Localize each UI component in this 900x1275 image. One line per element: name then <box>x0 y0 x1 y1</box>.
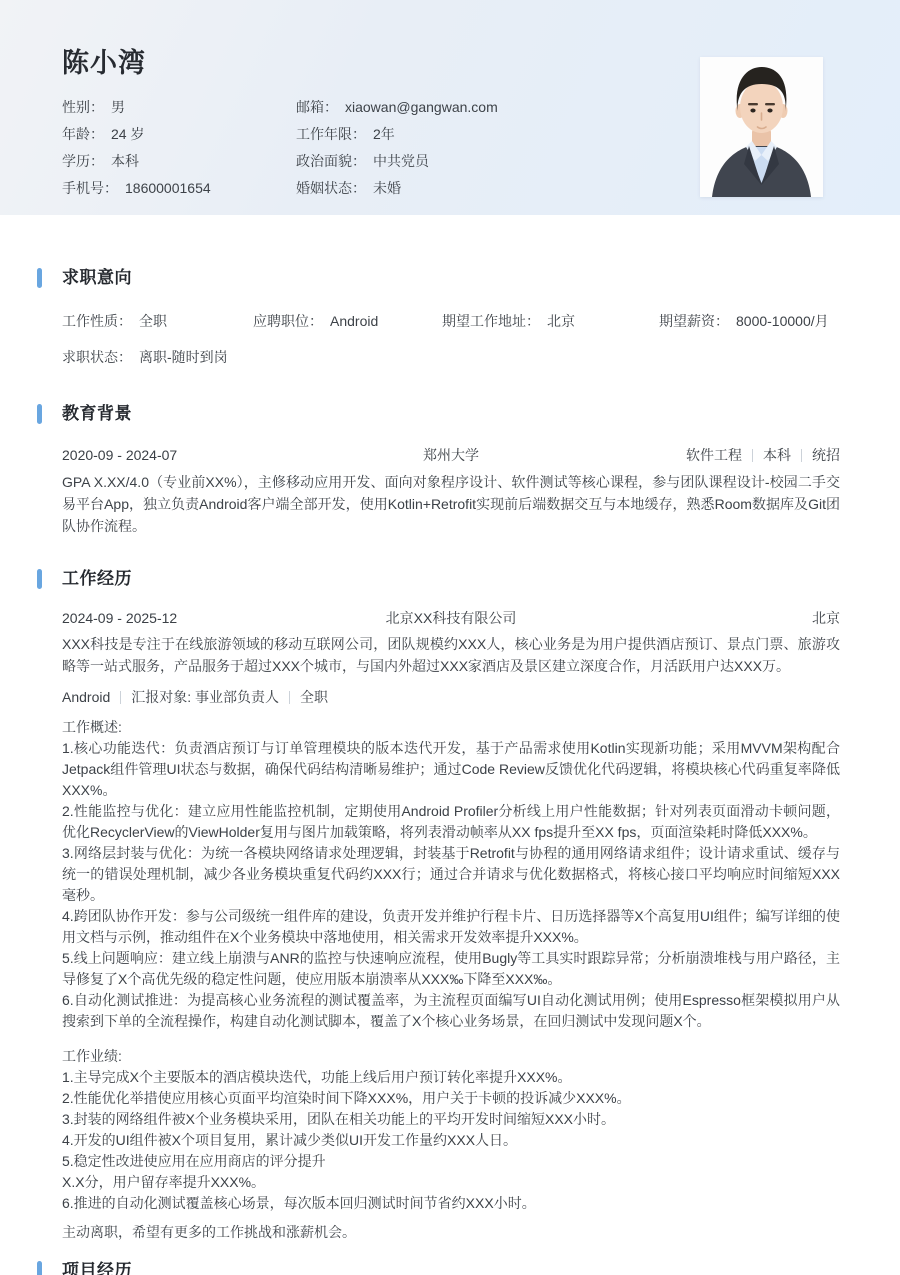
field-label: 工作年限： <box>296 126 366 142</box>
resume-page: 陈小湾 性别：男 邮箱：xiaowan@gangwan.com 年龄：24 岁 … <box>0 0 900 1275</box>
job-report-to: 汇报对象: 事业部负责人 <box>131 687 279 707</box>
work-achievements-block: 工作业绩: 1.主导完成X个主要版本的酒店模块迭代，功能上线后用户预订转化率提升… <box>62 1046 840 1214</box>
education-major: 软件工程 <box>686 445 742 465</box>
field-phone: 手机号：18600001654 <box>62 180 296 197</box>
field-label: 工作性质： <box>62 313 132 329</box>
work-achievements-heading: 工作业绩: <box>62 1046 840 1067</box>
profile-photo <box>700 57 823 197</box>
portrait-illustration <box>700 57 823 197</box>
education-description: GPA X.XX/4.0（专业前XX%），主修移动应用开发、面向对象程序设计、软… <box>62 471 840 537</box>
field-label: 期望薪资： <box>659 313 729 329</box>
work-company: 北京XX科技有限公司 <box>386 608 517 628</box>
field-label: 应聘职位： <box>253 313 323 329</box>
field-value: 8000-10000/月 <box>736 313 829 329</box>
field-label: 年龄： <box>62 126 104 142</box>
field-gender: 性别：男 <box>62 99 296 116</box>
job-meta-row: Android 汇报对象: 事业部负责人 全职 <box>62 687 840 707</box>
job-type: 全职 <box>300 687 328 707</box>
education-degree: 本科 <box>763 445 791 465</box>
leave-reason: 主动离职，希望有更多的工作挑战和涨薪机会。 <box>62 1222 840 1243</box>
section-accent-bar <box>37 404 42 424</box>
work-overview-heading: 工作概述: <box>62 717 840 738</box>
field-value: 男 <box>111 99 125 115</box>
field-value: 本科 <box>111 153 139 169</box>
separator <box>289 691 290 704</box>
field-value: 全职 <box>139 313 167 329</box>
work-location: 北京 <box>516 608 840 628</box>
field-value: 北京 <box>547 313 575 329</box>
field-education: 学历：本科 <box>62 153 296 170</box>
work-period: 2024-09 - 2025-12 <box>62 608 386 628</box>
field-expected-salary: 期望薪资：8000-10000/月 <box>659 311 840 331</box>
field-value: 中共党员 <box>373 153 429 169</box>
field-label: 婚姻状态： <box>296 180 366 196</box>
field-value: 18600001654 <box>125 180 211 196</box>
job-position: Android <box>62 687 110 707</box>
job-intention-grid: 工作性质：全职 应聘职位：Android 期望工作地址：北京 期望薪资：8000… <box>62 311 840 367</box>
section-accent-bar <box>37 268 42 288</box>
field-label: 邮箱： <box>296 99 338 115</box>
section-title: 项目经历 <box>62 1260 132 1275</box>
field-label: 学历： <box>62 153 104 169</box>
section-accent-bar <box>37 1261 42 1275</box>
separator <box>801 449 802 462</box>
field-expected-location: 期望工作地址：北京 <box>442 311 659 331</box>
field-value: 2年 <box>373 126 395 142</box>
field-target-position: 应聘职位：Android <box>253 311 442 331</box>
section-work-experience-header: 工作经历 <box>37 568 840 590</box>
field-job-status: 求职状态：离职-随时到岗 <box>62 347 253 367</box>
resume-body: 求职意向 工作性质：全职 应聘职位：Android 期望工作地址：北京 期望薪资… <box>0 267 900 1243</box>
section-title: 求职意向 <box>62 267 132 289</box>
work-meta-row: 2024-09 - 2025-12 北京XX科技有限公司 北京 <box>62 608 840 628</box>
field-age: 年龄：24 岁 <box>62 126 296 143</box>
education-tags: 软件工程 本科 统招 <box>479 445 840 465</box>
field-label: 求职状态： <box>62 349 132 365</box>
field-job-nature: 工作性质：全职 <box>62 311 253 331</box>
work-achievement-items: 1.主导完成X个主要版本的酒店模块迭代，功能上线后用户预订转化率提升XXX%。 … <box>62 1067 840 1214</box>
section-accent-bar <box>37 569 42 589</box>
education-school: 郑州大学 <box>423 445 479 465</box>
education-meta-row: 2020-09 - 2024-07 郑州大学 软件工程 本科 统招 <box>62 445 840 465</box>
section-title: 工作经历 <box>62 568 132 590</box>
work-overview-items: 1.核心功能迭代：负责酒店预订与订单管理模块的版本迭代开发，基于产品需求使用Ko… <box>62 738 840 1032</box>
section-title: 教育背景 <box>62 403 132 425</box>
field-value: 24 岁 <box>111 126 144 142</box>
field-value: xiaowan@gangwan.com <box>345 99 498 115</box>
field-label: 期望工作地址： <box>442 313 540 329</box>
field-value: 离职-随时到岗 <box>139 349 228 365</box>
education-enrollment: 统招 <box>812 445 840 465</box>
section-job-intention-header: 求职意向 <box>37 267 840 289</box>
section-education-header: 教育背景 <box>37 403 840 425</box>
separator <box>752 449 753 462</box>
work-overview-block: 工作概述: 1.核心功能迭代：负责酒店预订与订单管理模块的版本迭代开发，基于产品… <box>62 717 840 1032</box>
field-value: 未婚 <box>373 180 401 196</box>
field-label: 手机号： <box>62 180 118 196</box>
separator <box>120 691 121 704</box>
resume-header: 陈小湾 性别：男 邮箱：xiaowan@gangwan.com 年龄：24 岁 … <box>0 0 900 215</box>
company-intro: XXX科技是专注于在线旅游领域的移动互联网公司，团队规模约XXX人，核心业务是为… <box>62 633 840 677</box>
field-label: 政治面貌： <box>296 153 366 169</box>
field-label: 性别： <box>62 99 104 115</box>
field-value: Android <box>330 313 378 329</box>
education-period: 2020-09 - 2024-07 <box>62 445 423 465</box>
section-projects-header: 项目经历 <box>37 1260 132 1275</box>
